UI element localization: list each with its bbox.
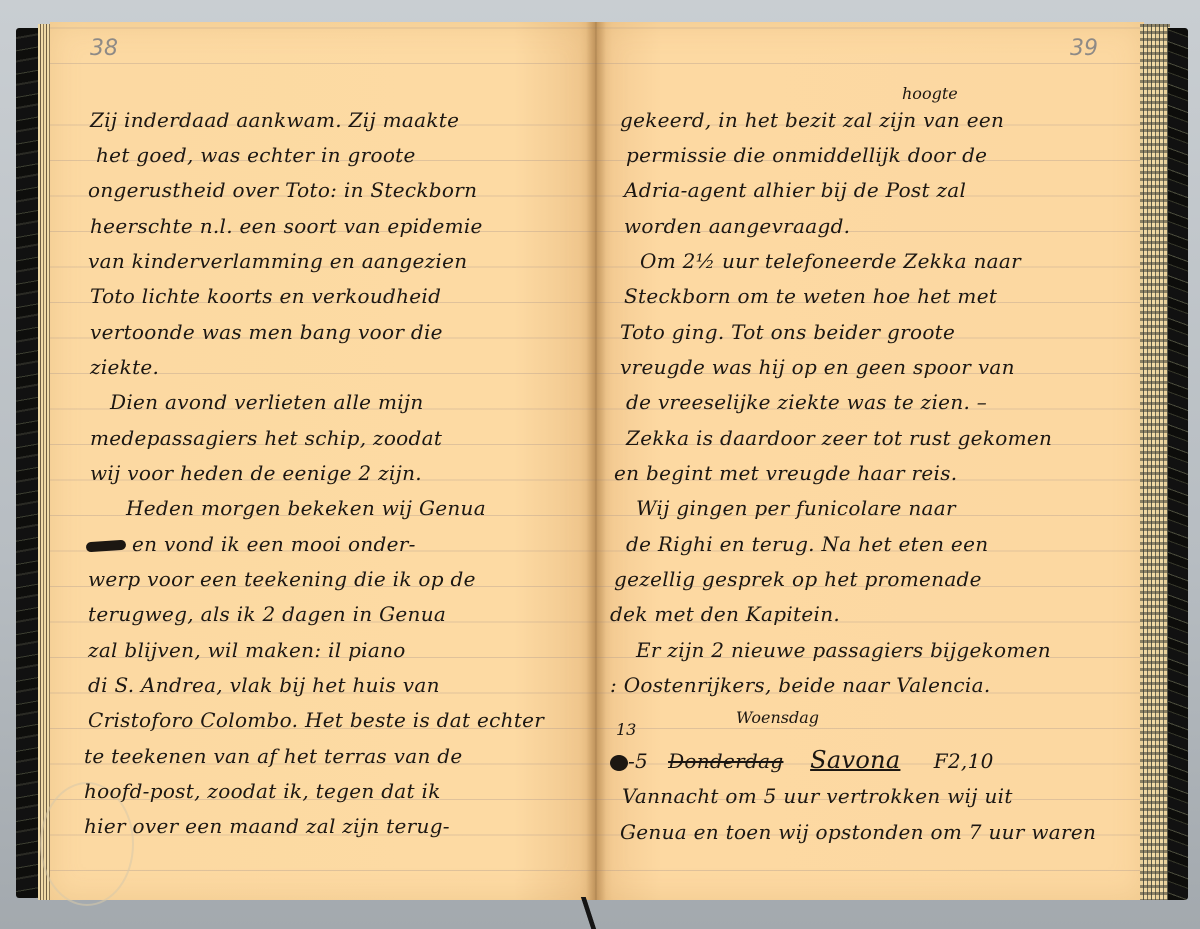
handwritten-line: gezellig gesprek op het promenade: [614, 567, 982, 591]
handwritten-line: en begint met vreugde haar reis.: [614, 461, 957, 485]
handwritten-line: vreugde was hij op en geen spoor van: [620, 355, 1015, 379]
handwritten-line: en vond ik een mooi onder-: [86, 532, 416, 556]
handwritten-line: Er zijn 2 nieuwe passagiers bijgekomen: [636, 638, 1051, 662]
handwritten-line: ziekte.: [90, 355, 159, 379]
handwritten-line: te teekenen van af het terras van de: [84, 744, 463, 768]
handwritten-line: terugweg, als ik 2 dagen in Genua: [88, 602, 446, 626]
handwritten-line: Vannacht om 5 uur vertrokken wij uit: [622, 784, 1013, 808]
ink-scribble: [86, 539, 127, 552]
entry-header: -5 Donderdag Savona F2,10: [610, 746, 994, 774]
insertion-word: hoogte: [902, 84, 958, 103]
handwritten-line: heerschte n.l. een soort van epidemie: [90, 214, 483, 238]
handwritten-line: dek met den Kapitein.: [610, 602, 840, 626]
handwritten-line: Toto lichte koorts en verkoudheid: [90, 284, 441, 308]
line-text: en vond ik een mooi onder-: [132, 532, 416, 556]
handwritten-line: Zekka is daardoor zeer tot rust gekomen: [626, 426, 1052, 450]
bookmark-ribbon: [581, 897, 606, 929]
entry-amount: F2,10: [934, 749, 994, 773]
left-page: 38 Zij inderdaad aankwam. Zij maakte het…: [50, 22, 596, 900]
handwritten-line: de Righi en terug. Na het eten een: [626, 532, 988, 556]
handwritten-line: hoofd-post, zoodat ik, tegen dat ik: [84, 779, 441, 803]
handwritten-line: Cristoforo Colombo. Het beste is dat ech…: [88, 708, 544, 732]
handwritten-line: gekeerd, in het bezit zal zijn van een: [620, 108, 1004, 132]
handwritten-line: Steckborn om te weten hoe het met: [624, 284, 997, 308]
handwritten-line: medepassagiers het schip, zoodat: [90, 426, 442, 450]
handwritten-line: di S. Andrea, vlak bij het huis van: [88, 673, 440, 697]
handwritten-line: Adria-agent alhier bij de Post zal: [624, 178, 966, 202]
handwritten-line: de vreeselijke ziekte was te zien. –: [626, 390, 987, 414]
date-correction: 13: [616, 720, 636, 739]
right-page: 39 hoogte gekeerd, in het bezit zal zijn…: [596, 22, 1144, 900]
book-gutter: [586, 22, 606, 900]
handwritten-line: permissie die onmiddellijk door de: [626, 143, 987, 167]
handwritten-line: Heden morgen bekeken wij Genua: [126, 496, 486, 520]
handwritten-line: : Oostenrijkers, beide naar Valencia.: [610, 673, 991, 697]
handwritten-line: vertoonde was men bang voor die: [90, 320, 443, 344]
handwritten-line: Genua en toen wij opstonden om 7 uur war…: [620, 820, 1096, 844]
handwritten-line: Zij inderdaad aankwam. Zij maakte: [90, 108, 459, 132]
handwritten-line: hier over een maand zal zijn terug-: [84, 814, 450, 838]
weekday-correction: Woensdag: [736, 708, 819, 727]
handwritten-line: zal blijven, wil maken: il piano: [88, 638, 406, 662]
handwritten-line: worden aangevraagd.: [624, 214, 850, 238]
handwritten-line: het goed, was echter in groote: [96, 143, 416, 167]
handwritten-line: werp voor een teekening die ik op de: [88, 567, 476, 591]
struck-weekday: Donderdag: [668, 749, 783, 773]
page-number-right: 39: [1070, 36, 1098, 61]
entry-place: Savona: [810, 746, 900, 774]
entry-date: -5: [628, 749, 648, 773]
struck-date: [610, 755, 628, 771]
marbled-cover-right: [1168, 28, 1188, 900]
handwritten-line: Dien avond verlieten alle mijn: [110, 390, 424, 414]
handwritten-line: Om 2½ uur telefoneerde Zekka naar: [640, 249, 1021, 273]
handwritten-line: Toto ging. Tot ons beider groote: [620, 320, 955, 344]
open-notebook: 38 Zij inderdaad aankwam. Zij maakte het…: [0, 0, 1200, 929]
handwritten-line: ongerustheid over Toto: in Steckborn: [88, 178, 477, 202]
handwritten-line: van kinderverlamming en aangezien: [88, 249, 467, 273]
page-number-left: 38: [90, 36, 118, 61]
handwritten-line: wij voor heden de eenige 2 zijn.: [90, 461, 422, 485]
handwritten-line: Wij gingen per funicolare naar: [636, 496, 956, 520]
page-edges-right: [1140, 24, 1170, 900]
